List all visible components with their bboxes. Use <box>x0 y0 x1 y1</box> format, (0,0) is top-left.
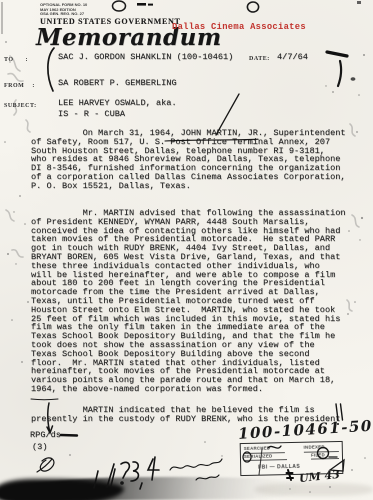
ink-mark <box>338 61 341 86</box>
to-label: TO : <box>4 57 28 63</box>
ink-mark <box>327 52 347 56</box>
typist-initials: RPG/ds <box>30 431 61 440</box>
body-paragraph-1: On March 31, 1964, JOHN MARTIN, JR., Sup… <box>31 129 346 191</box>
ink-mark <box>357 1 361 4</box>
memo-page: OPTIONAL FORM NO. 10 MAY 1962 EDITION GS… <box>0 0 373 500</box>
hole-punch-icon <box>113 1 126 11</box>
date-value: 4/7/64 <box>277 53 308 62</box>
body-paragraph-2: Mr. MARTIN advised that following the as… <box>31 209 346 394</box>
stamp-filed-label: FILED <box>311 452 339 460</box>
form-number-print: OPTIONAL FORM NO. 10 MAY 1962 EDITION GS… <box>40 3 87 17</box>
pen-underline-1964 <box>31 399 58 400</box>
ink-mark <box>137 3 146 6</box>
ink-dash <box>61 435 77 436</box>
red-annotation-dallas-cinema: Dallas Cinema Associates <box>172 22 306 32</box>
ink-mark <box>148 4 153 6</box>
photocopy-smudge-blob <box>0 479 124 500</box>
from-label: FROM : <box>4 83 35 89</box>
from-value: SA ROBERT P. GEMBERLING <box>58 79 177 88</box>
to-value: SAC J. GORDON SHANKLIN (100-10461) <box>58 53 233 62</box>
pen-brace <box>48 48 54 91</box>
subject-label: SUBJECT: <box>4 103 37 109</box>
subject-value-line1: LEE HARVEY OSWALD, aka. <box>58 99 177 108</box>
stamp-serialized-label: SERIALIZED <box>244 453 287 461</box>
pen-loop-scribble <box>37 458 54 472</box>
ink-mark <box>351 77 356 81</box>
copy-count: (3) <box>32 443 47 452</box>
hole-punch-icon <box>247 2 258 12</box>
date-label: DATE: <box>249 56 270 62</box>
photocopy-smudge-light <box>255 483 373 496</box>
subject-value-line2: IS - R - CUBA <box>58 110 125 119</box>
